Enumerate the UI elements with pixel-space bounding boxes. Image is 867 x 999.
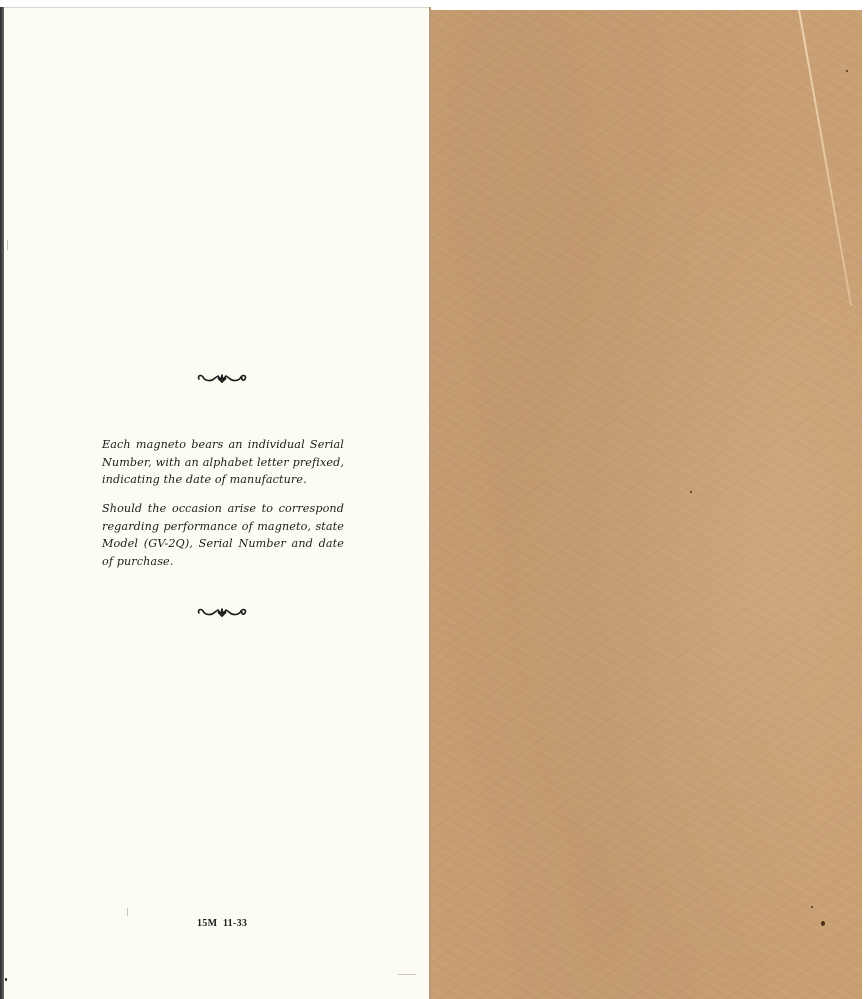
cover-speck xyxy=(690,491,692,493)
serial-number-paragraph: Each magneto bears an individual Serial … xyxy=(102,436,344,489)
cover-speck xyxy=(821,921,825,926)
paper-speck xyxy=(5,978,7,981)
flourish-icon xyxy=(195,606,249,620)
page-divider xyxy=(429,7,431,999)
flourish-icon xyxy=(195,372,249,386)
flourish-ornament-bottom xyxy=(195,606,249,620)
flourish-ornament-top xyxy=(195,372,249,386)
paper-mark xyxy=(127,908,128,916)
cover-speck xyxy=(846,70,848,72)
print-run-code: 15M 11-33 xyxy=(197,918,247,929)
cover-speck xyxy=(811,906,813,908)
scanned-spread: Each magneto bears an individual Serial … xyxy=(0,0,867,999)
paper-mark xyxy=(398,974,416,975)
correspondence-paragraph: Should the occasion arise to correspond … xyxy=(102,500,344,570)
paper-mark xyxy=(7,240,8,250)
right-page-cover xyxy=(431,10,862,999)
